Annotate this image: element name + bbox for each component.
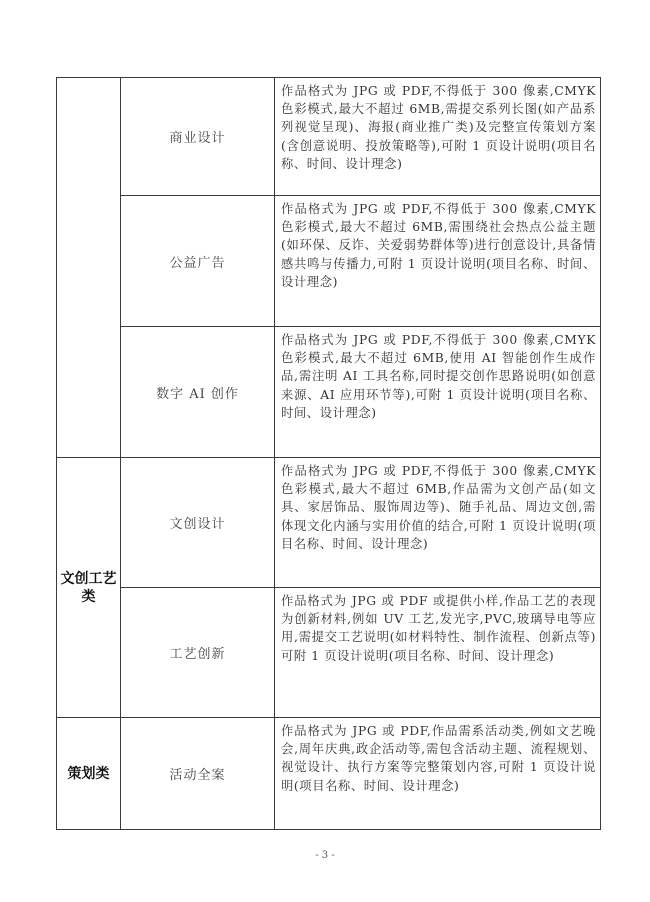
- table-row: 策划类 活动全案 作品格式为 JPG 或 PDF,作品需系活动类,例如文艺晚会,…: [57, 718, 601, 830]
- requirement-cell: 作品格式为 JPG 或 PDF,作品需系活动类,例如文艺晚会,周年庆典,政企活动…: [275, 718, 601, 830]
- category-cell: 文创工艺类: [57, 458, 121, 718]
- category-cell: 策划类: [57, 718, 121, 830]
- competition-requirements-table: 商业设计 作品格式为 JPG 或 PDF,不得低于 300 像素,CMYK 色彩…: [56, 77, 601, 830]
- item-cell: 活动全案: [121, 718, 275, 830]
- item-cell: 商业设计: [121, 78, 275, 196]
- requirement-cell: 作品格式为 JPG 或 PDF,不得低于 300 像素,CMYK 色彩模式,最大…: [275, 78, 601, 196]
- requirement-cell: 作品格式为 JPG 或 PDF,不得低于 300 像素,CMYK 色彩模式,最大…: [275, 327, 601, 458]
- table-row: 文创工艺类 文创设计 作品格式为 JPG 或 PDF,不得低于 300 像素,C…: [57, 458, 601, 588]
- table-row: 商业设计 作品格式为 JPG 或 PDF,不得低于 300 像素,CMYK 色彩…: [57, 78, 601, 196]
- page-number: - 3 -: [0, 850, 650, 861]
- table-row: 公益广告 作品格式为 JPG 或 PDF,不得低于 300 像素,CMYK 色彩…: [57, 196, 601, 327]
- requirement-cell: 作品格式为 JPG 或 PDF 或提供小样,作品工艺的表现为创新材料,例如 UV…: [275, 588, 601, 718]
- item-cell: 数字 AI 创作: [121, 327, 275, 458]
- category-cell: [57, 78, 121, 458]
- item-cell: 文创设计: [121, 458, 275, 588]
- table-row: 工艺创新 作品格式为 JPG 或 PDF 或提供小样,作品工艺的表现为创新材料,…: [57, 588, 601, 718]
- item-cell: 公益广告: [121, 196, 275, 327]
- item-cell: 工艺创新: [121, 588, 275, 718]
- requirement-cell: 作品格式为 JPG 或 PDF,不得低于 300 像素,CMYK 色彩模式,最大…: [275, 196, 601, 327]
- table-row: 数字 AI 创作 作品格式为 JPG 或 PDF,不得低于 300 像素,CMY…: [57, 327, 601, 458]
- requirement-cell: 作品格式为 JPG 或 PDF,不得低于 300 像素,CMYK 色彩模式,最大…: [275, 458, 601, 588]
